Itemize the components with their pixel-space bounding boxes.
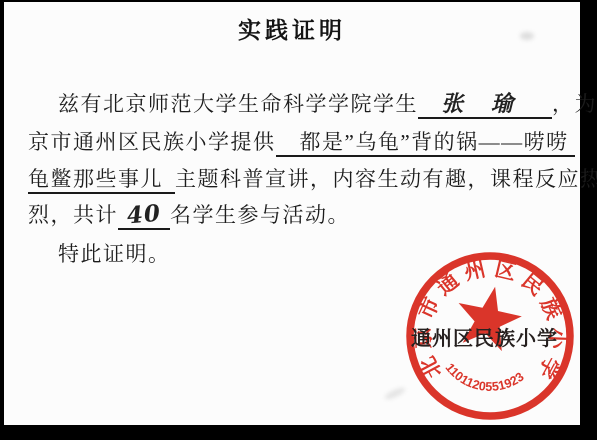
lecture-title-underline-part2: 龟鳖那些事儿: [28, 167, 175, 194]
scan-smudge: [520, 32, 534, 40]
line4-text-after: 名学生参与活动。: [170, 203, 350, 227]
student-count-handwritten: 40: [126, 202, 162, 229]
scanned-certificate: { "document": { "title": "实践证明", "line1"…: [0, 0, 597, 440]
body-line-4: 烈，共计40名学生参与活动。: [28, 199, 350, 230]
student-name-underline: 张 瑜: [418, 92, 552, 119]
certificate-title: 实践证明: [4, 12, 580, 45]
line1-text-after: ，为北: [552, 92, 597, 116]
body-line-1: 兹有北京师范大学生命科学学院学生张 瑜，为北: [58, 88, 597, 119]
student-count-underline: 40: [118, 203, 170, 230]
certificate-page: 实践证明 兹有北京师范大学生命科学学院学生张 瑜，为北 京市通州区民族小学提供都…: [4, 2, 580, 425]
line4-text: 烈，共计: [28, 203, 118, 227]
line1-text: 兹有北京师范大学生命科学学院学生: [58, 92, 418, 116]
line2-text: 京市通州区民族小学提供: [28, 130, 276, 154]
body-line-5: 特此证明。: [58, 238, 171, 268]
printed-school-name: 通州区民族小学: [411, 322, 561, 351]
body-line-2: 京市通州区民族小学提供都是”乌龟”背的锅——唠唠: [28, 126, 575, 157]
seal-serial-number: 1101120551923: [443, 361, 527, 394]
svg-text:1101120551923: 1101120551923: [443, 361, 527, 394]
scan-smudge: [384, 386, 407, 402]
student-name-handwritten: 张 瑜: [441, 91, 523, 117]
lecture-title-underline-part1: 都是”乌龟”背的锅——唠唠: [276, 130, 575, 157]
body-line-3: 龟鳖那些事儿主题科普宣讲，内容生动有趣，课程反应热: [28, 163, 597, 194]
line3-text: 主题科普宣讲，内容生动有趣，课程反应热: [175, 167, 597, 191]
